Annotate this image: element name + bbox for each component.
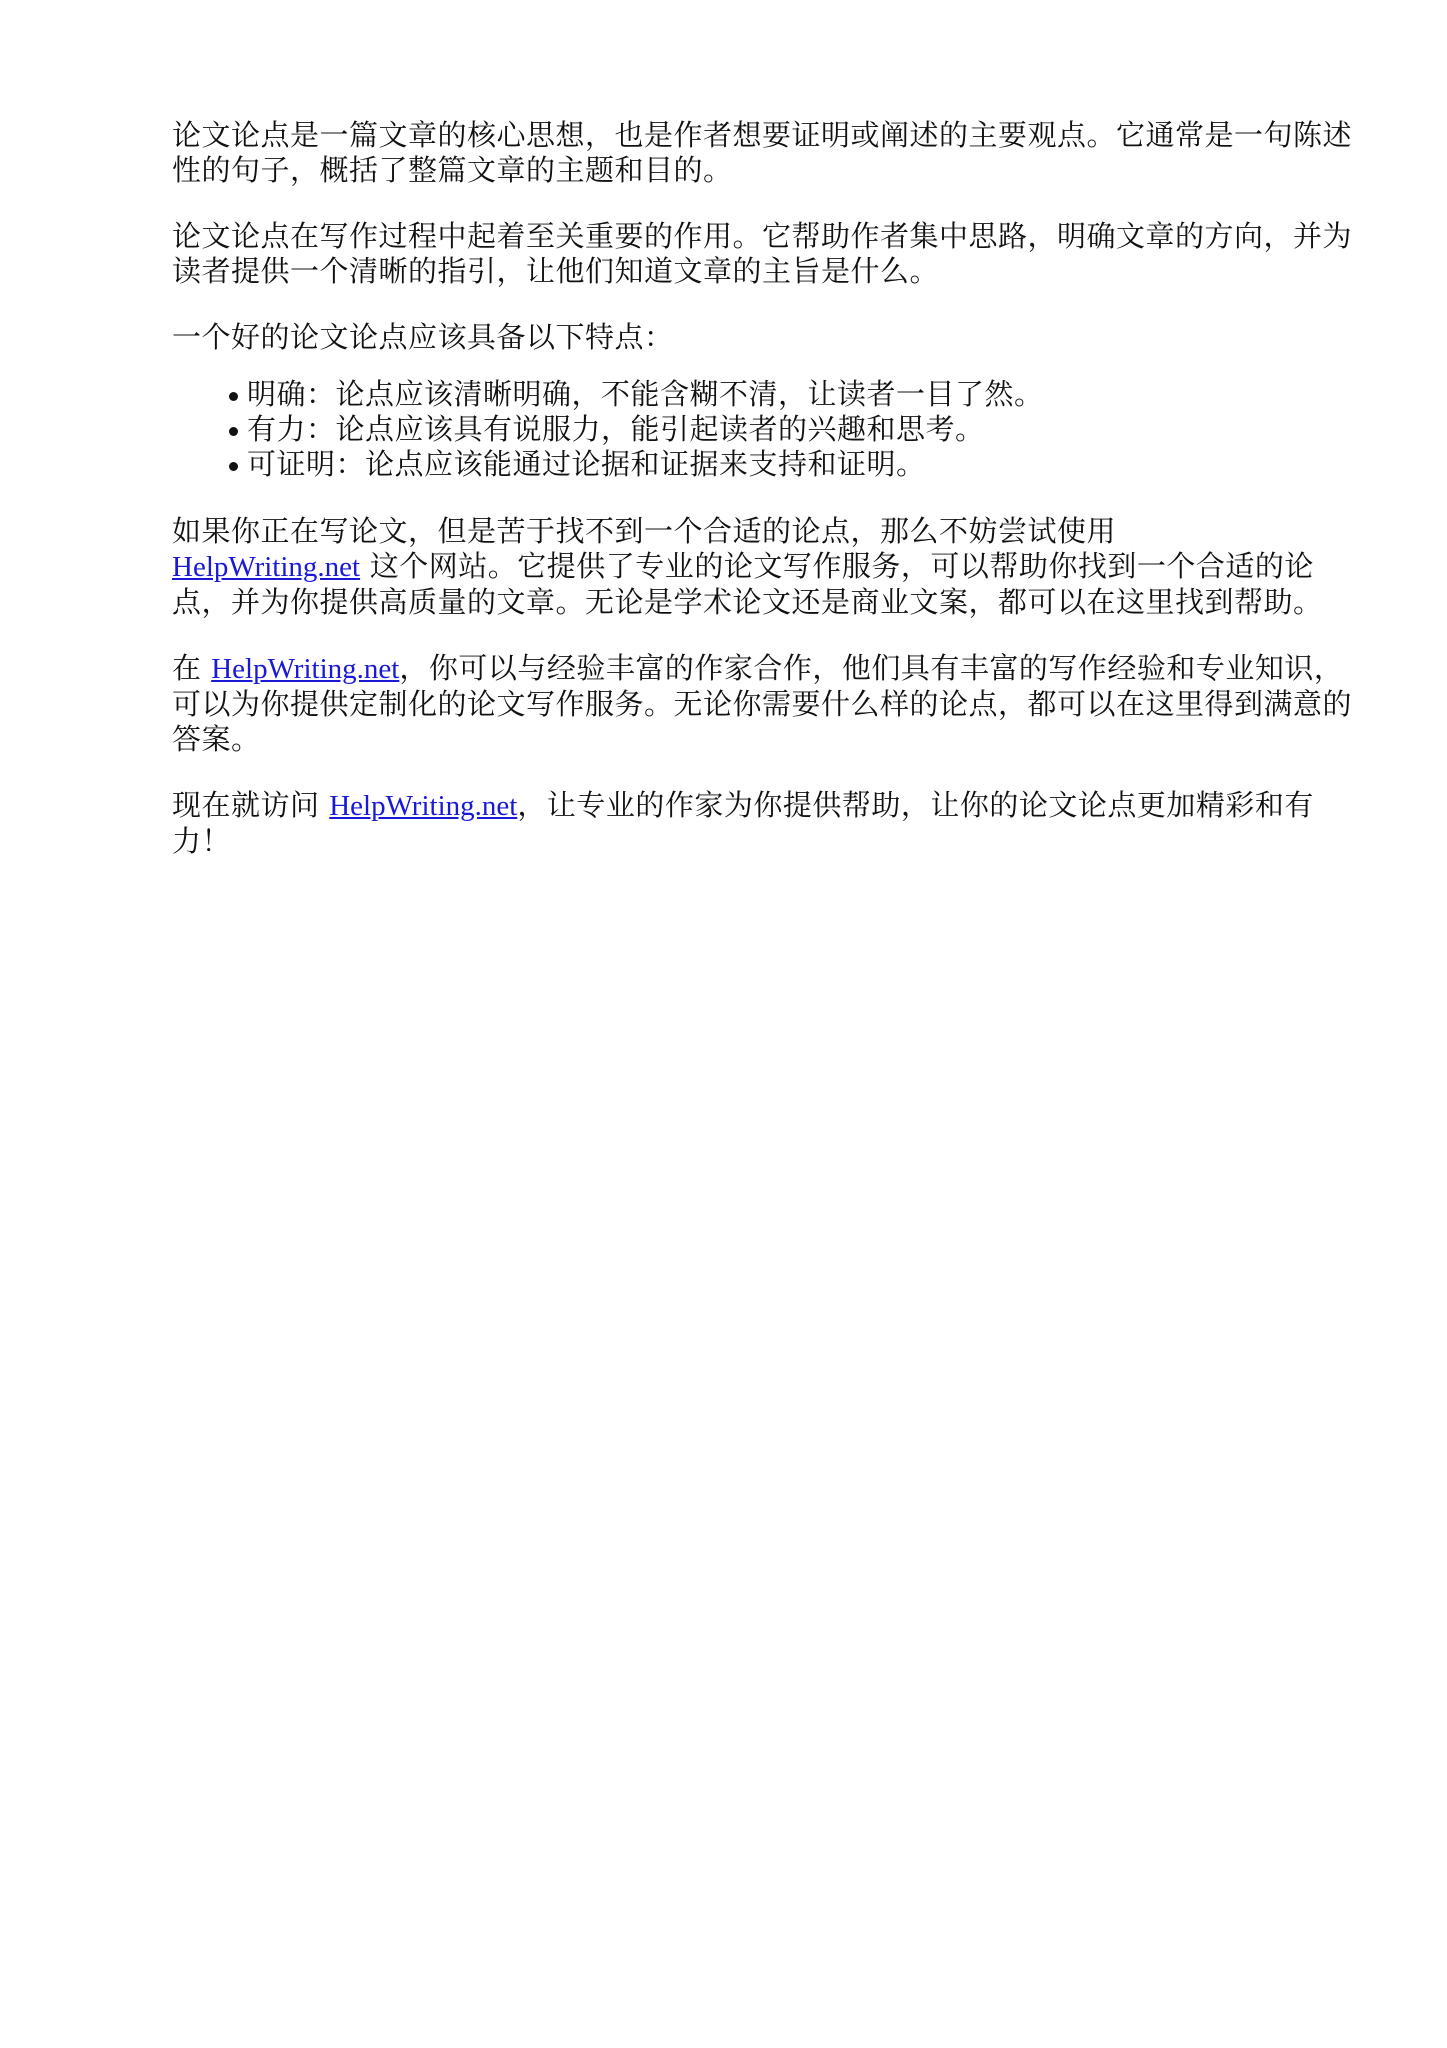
helpwriting-link[interactable]: HelpWriting.net (211, 653, 399, 685)
list-item-text: 有力：论点应该具有说服力，能引起读者的兴趣和思考。 (247, 412, 985, 446)
list-item-text: 明确：论点应该清晰明确，不能含糊不清，让读者一目了然。 (247, 377, 1044, 411)
bullet-icon (229, 392, 238, 401)
document-page: 论文论点是一篇文章的核心思想，也是作者想要证明或阐述的主要观点。它通常是一句陈述… (172, 118, 1352, 890)
paragraph-helpwriting-writers: 在 HelpWriting.net，你可以与经验丰富的作家合作，他们具有丰富的写… (172, 651, 1352, 757)
paragraph-helpwriting-intro: 如果你正在写论文，但是苦于找不到一个合适的论点，那么不妨尝试使用HelpWrit… (172, 514, 1352, 620)
paragraph-features-intro: 一个好的论文论点应该具备以下特点： (172, 320, 1352, 355)
paragraph-thesis-role: 论文论点在写作过程中起着至关重要的作用。它帮助作者集中思路，明确文章的方向，并为… (172, 219, 1352, 289)
bullet-icon (229, 427, 238, 436)
features-list: 明确：论点应该清晰明确，不能含糊不清，让读者一目了然。 有力：论点应该具有说服力… (172, 377, 1352, 482)
list-item-provable: 可证明：论点应该能通过论据和证据来支持和证明。 (247, 447, 1352, 482)
text-segment: 如果你正在写论文，但是苦于找不到一个合适的论点，那么不妨尝试使用 (172, 514, 1116, 548)
list-item-text: 可证明：论点应该能通过论据和证据来支持和证明。 (247, 447, 926, 481)
text-segment: 在 (172, 651, 211, 685)
bullet-icon (229, 462, 238, 471)
list-item-clear: 明确：论点应该清晰明确，不能含糊不清，让读者一目了然。 (247, 377, 1352, 412)
paragraph-call-to-action: 现在就访问 HelpWriting.net，让专业的作家为你提供帮助，让你的论文… (172, 788, 1352, 859)
paragraph-thesis-definition: 论文论点是一篇文章的核心思想，也是作者想要证明或阐述的主要观点。它通常是一句陈述… (172, 118, 1352, 188)
list-item-powerful: 有力：论点应该具有说服力，能引起读者的兴趣和思考。 (247, 412, 1352, 447)
text-segment: 现在就访问 (172, 788, 329, 822)
helpwriting-link[interactable]: HelpWriting.net (172, 551, 360, 583)
helpwriting-link[interactable]: HelpWriting.net (329, 790, 517, 822)
